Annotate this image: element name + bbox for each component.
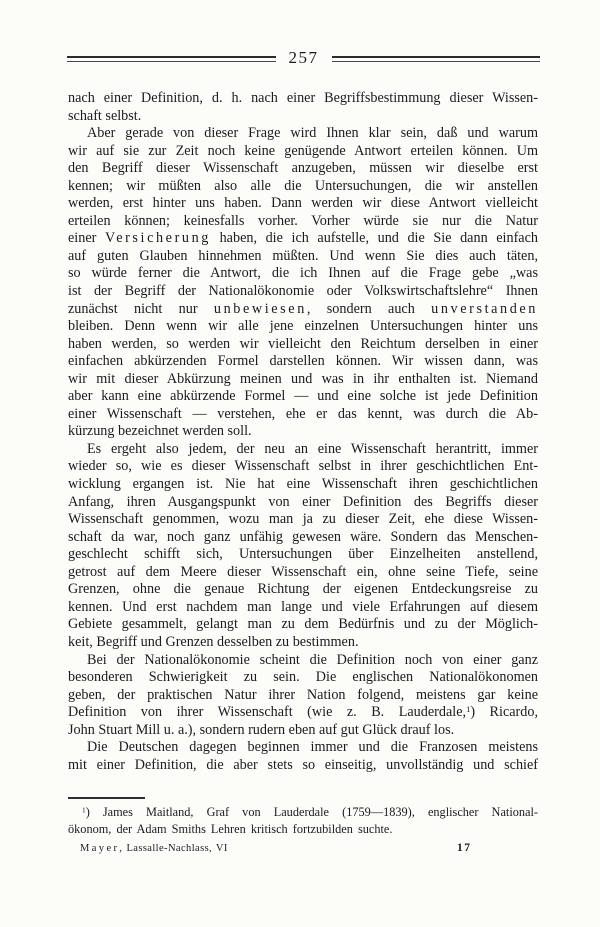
text-run: wir auf sie zur Zeit noch keine genügend…: [68, 143, 538, 159]
text-run: besonderen Schwierigkeit zu sein. Die en…: [68, 669, 538, 685]
footnote-separator: [68, 797, 145, 799]
text-run: schaft da war, noch ganz unfähig gewesen…: [68, 529, 538, 545]
text-run: werden, erst hinter uns haben. Dann werd…: [68, 195, 538, 211]
text-run: unbewiesen: [214, 301, 307, 317]
text-run: auf guten Glauben hinnehmen müßten. Und …: [68, 248, 538, 264]
text-line: wicklung ergangen ist. Nie hat eine Wiss…: [68, 476, 538, 494]
text-line: Bei der Nationalökonomie scheint die Def…: [68, 652, 538, 670]
text-run: ) Ricardo,: [470, 704, 538, 720]
text-run: haben werden, so werden wir vielleicht d…: [68, 336, 538, 352]
text-run: Aber gerade von dieser Frage wird Ihnen …: [87, 125, 538, 141]
text-line: 1) James Maitland, Graf von Lauderdale (…: [68, 804, 538, 821]
text-run: zunächst nicht nur: [68, 301, 214, 317]
text-run: Anfang, ihren Ausgangspunkt von einer De…: [68, 494, 538, 510]
text-line: auf guten Glauben hinnehmen müßten. Und …: [68, 248, 538, 266]
page-header: 257: [67, 50, 540, 67]
footnote: 1) James Maitland, Graf von Lauderdale (…: [68, 804, 538, 838]
text-run: wicklung ergangen ist. Nie hat eine Wiss…: [68, 476, 538, 492]
text-run: haben, die ich aufstelle, und die Sie da…: [211, 230, 538, 246]
header-rule-right: [332, 56, 541, 62]
text-run: geben, der praktischen Natur ihrer Natio…: [68, 687, 538, 703]
header-rule-left: [67, 56, 276, 62]
text-line: einer Wissenschaft — verstehen, ehe er d…: [68, 406, 538, 424]
text-line: Es ergeht also jedem, der neu an eine Wi…: [68, 441, 538, 459]
text-line: zunächst nicht nur unbewiesen, sondern a…: [68, 301, 538, 319]
text-run: kennen. Und erst nachdem man lange und v…: [68, 599, 538, 615]
text-line: John Stuart Mill u. a.), sondern rudern …: [68, 722, 538, 740]
text-line: Anfang, ihren Ausgangspunkt von einer De…: [68, 494, 538, 512]
text-line: mit einer Definition, die aber stets so …: [68, 757, 538, 775]
text-line: Grenzen, ohne die genaue Richtung der ei…: [68, 581, 538, 599]
text-run: ist der Begriff der Nationalökonomie ode…: [68, 283, 538, 299]
text-line: kürzung bezeichnet werden soll.: [68, 423, 538, 441]
text-run: keit, Begriff und Grenzen desselben zu b…: [68, 634, 359, 650]
text-line: nach einer Definition, d. h. nach einer …: [68, 90, 538, 108]
text-run: Es ergeht also jedem, der neu an eine Wi…: [87, 441, 538, 457]
text-run: Gebiete gesammelt, gelangt man zu dem Be…: [68, 616, 538, 632]
book-page: 257 nach einer Definition, d. h. nach ei…: [0, 0, 600, 927]
text-line: besonderen Schwierigkeit zu sein. Die en…: [68, 669, 538, 687]
text-run: nach einer Definition, d. h. nach einer …: [68, 90, 538, 106]
text-line: kennen; wir müßten also alle die Untersu…: [68, 178, 538, 196]
text-run: einer Wissenschaft — verstehen, ehe er d…: [68, 406, 538, 422]
text-line: bleiben. Denn wenn wir alle jene einzeln…: [68, 318, 538, 336]
text-run: , sondern auch: [307, 301, 431, 317]
text-run: mit einer Definition, die aber stets so …: [68, 757, 538, 773]
text-run: getrost auf dem Meere dieser Wissenschaf…: [68, 564, 538, 580]
body-text: nach einer Definition, d. h. nach einer …: [68, 90, 538, 774]
text-run: Mayer: [80, 843, 119, 854]
edition-signature: Mayer, Lassalle-Nachlass, VI: [80, 843, 228, 854]
text-run: Definition von ihrer Wissenschaft (wie z…: [68, 704, 466, 720]
text-line: einer Versicherung haben, die ich aufste…: [68, 230, 538, 248]
page-number: 257: [276, 49, 332, 66]
text-run: kürzung bezeichnet werden soll.: [68, 423, 252, 439]
text-line: einfachen abkürzenden Formel darstellen …: [68, 353, 538, 371]
text-run: so würde ferner die Antwort, die ich Ihn…: [68, 265, 538, 281]
text-run: bleiben. Denn wenn wir alle jene einzeln…: [68, 318, 538, 334]
text-run: unverstanden: [431, 301, 538, 317]
text-line: Wissenschaft genommen, wozu man ja zu di…: [68, 511, 538, 529]
text-line: wir mit dieser Abkürzung meinen und was …: [68, 371, 538, 389]
text-run: wieder so, wie es dieser Wissenschaft se…: [68, 458, 538, 474]
text-line: Gebiete gesammelt, gelangt man zu dem Be…: [68, 616, 538, 634]
text-line: erteilen können; keinesfalls vorher. Vor…: [68, 213, 538, 231]
sheet-number: 17: [457, 842, 472, 855]
text-run: ökonom, der Adam Smiths Lehren kritisch …: [68, 822, 392, 836]
text-line: werden, erst hinter uns haben. Dann werd…: [68, 195, 538, 213]
text-line: wir auf sie zur Zeit noch keine genügend…: [68, 143, 538, 161]
text-line: schaft da war, noch ganz unfähig gewesen…: [68, 529, 538, 547]
text-run: , Lassalle-Nachlass, VI: [119, 843, 227, 854]
footer-line: Mayer, Lassalle-Nachlass, VI 17: [80, 842, 540, 855]
text-line: geschlecht schifft sich, Untersuchungen …: [68, 546, 538, 564]
text-line: den Begriff dieser Wissenschaft anzugebe…: [68, 160, 538, 178]
text-run: aber kann eine abkürzende Formel — und e…: [68, 388, 538, 404]
text-run: Die Deutschen dagegen beginnen immer und…: [87, 739, 538, 755]
text-line: schaft selbst.: [68, 108, 538, 126]
text-line: Aber gerade von dieser Frage wird Ihnen …: [68, 125, 538, 143]
text-line: Die Deutschen dagegen beginnen immer und…: [68, 739, 538, 757]
text-run: Wissenschaft genommen, wozu man ja zu di…: [68, 511, 538, 527]
text-line: keit, Begriff und Grenzen desselben zu b…: [68, 634, 538, 652]
text-line: getrost auf dem Meere dieser Wissenschaf…: [68, 564, 538, 582]
text-run: geschlecht schifft sich, Untersuchungen …: [68, 546, 538, 562]
text-run: Bei der Nationalökonomie scheint die Def…: [87, 652, 538, 668]
text-line: so würde ferner die Antwort, die ich Ihn…: [68, 265, 538, 283]
text-line: ökonom, der Adam Smiths Lehren kritisch …: [68, 821, 538, 838]
text-run: erteilen können; keinesfalls vorher. Vor…: [68, 213, 538, 229]
text-line: haben werden, so werden wir vielleicht d…: [68, 336, 538, 354]
text-run: ) James Maitland, Graf von Lauderdale (1…: [86, 805, 538, 819]
text-run: einer: [68, 230, 105, 246]
text-run: wir mit dieser Abkürzung meinen und was …: [68, 371, 538, 387]
text-line: geben, der praktischen Natur ihrer Natio…: [68, 687, 538, 705]
text-run: kennen; wir müßten also alle die Untersu…: [68, 178, 538, 194]
text-run: schaft selbst.: [68, 108, 141, 124]
text-line: aber kann eine abkürzende Formel — und e…: [68, 388, 538, 406]
text-run: Grenzen, ohne die genaue Richtung der ei…: [68, 581, 538, 597]
text-run: den Begriff dieser Wissenschaft anzugebe…: [68, 160, 538, 176]
text-run: einfachen abkürzenden Formel darstellen …: [68, 353, 538, 369]
text-line: wieder so, wie es dieser Wissenschaft se…: [68, 458, 538, 476]
text-run: Versicherung: [105, 230, 211, 246]
text-run: John Stuart Mill u. a.), sondern rudern …: [68, 722, 454, 738]
text-line: ist der Begriff der Nationalökonomie ode…: [68, 283, 538, 301]
text-line: kennen. Und erst nachdem man lange und v…: [68, 599, 538, 617]
text-line: Definition von ihrer Wissenschaft (wie z…: [68, 704, 538, 722]
